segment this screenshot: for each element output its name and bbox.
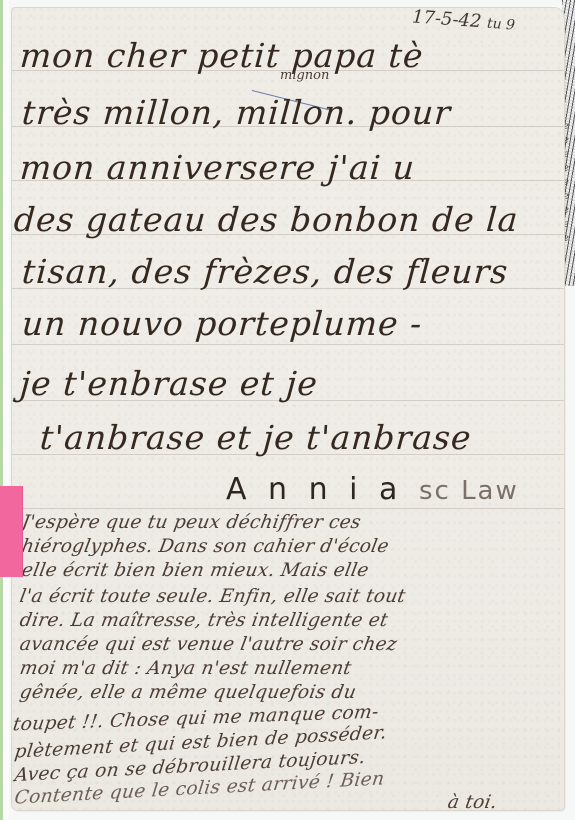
child-letter-line-5: tisan, des frèzes, des fleurs bbox=[21, 252, 510, 291]
adult-note-line-4: l'a écrit toute seule. Enfin, elle sait … bbox=[18, 586, 407, 607]
adult-note-line-8: gênée, elle a même quelquefois du bbox=[18, 682, 358, 703]
pink-sticky-tab bbox=[0, 486, 22, 577]
child-letter-line-7: je t'enbrase et je bbox=[19, 364, 320, 403]
adult-note-line-7: moi m'a dit : Anya n'est nullement bbox=[18, 658, 353, 679]
ruled-line bbox=[12, 344, 564, 345]
child-letter-line-8: t'anbrase et je t'anbrase bbox=[39, 418, 473, 457]
postcard: 17-5-42 tu 9 mon cher petit papa tè mign… bbox=[12, 8, 564, 810]
insertion-above-text: mignon bbox=[280, 68, 329, 83]
child-letter-line-1: mon cher petit papa tè bbox=[19, 36, 425, 75]
signature-tail: sc Law bbox=[419, 476, 519, 506]
adult-note-line-2: hiéroglyphes. Dans son cahier d'école bbox=[20, 536, 390, 557]
child-letter-line-2: très millon, millon. pour bbox=[21, 93, 453, 132]
child-letter-line-6: un nouvo porteplume - bbox=[21, 304, 424, 343]
adult-note-line-5: dire. La maîtresse, très intelligente et bbox=[18, 610, 390, 631]
adult-note-line-1: J'espère que tu peux déchiffrer ces bbox=[20, 512, 362, 533]
adjacent-document-text: e e e e e e e e e bbox=[563, 120, 575, 246]
child-signature: A n n i a sc Law bbox=[226, 472, 519, 507]
ruled-line bbox=[12, 508, 564, 509]
child-letter-line-4: des gateau des bonbon de la bbox=[13, 200, 520, 239]
signature-text: A n n i a bbox=[226, 472, 403, 507]
adult-note-line-3: elle écrit bien bien mieux. Mais elle bbox=[20, 560, 370, 581]
adult-note-line-6: avancée qui est venue l'autre soir chez bbox=[18, 634, 399, 655]
date-suffix: tu 9 bbox=[486, 16, 515, 34]
date-text: 17-5-42 bbox=[411, 6, 482, 32]
child-letter-line-3: mon anniversere j'ai u bbox=[19, 148, 417, 187]
date-stamp: 17-5-42 tu 9 bbox=[411, 6, 515, 34]
margin-gap bbox=[3, 0, 9, 820]
adult-note-closing: à toi. bbox=[446, 792, 499, 813]
scan-viewport: e e e e e e e e e 17-5-42 tu 9 mon cher … bbox=[0, 0, 575, 820]
